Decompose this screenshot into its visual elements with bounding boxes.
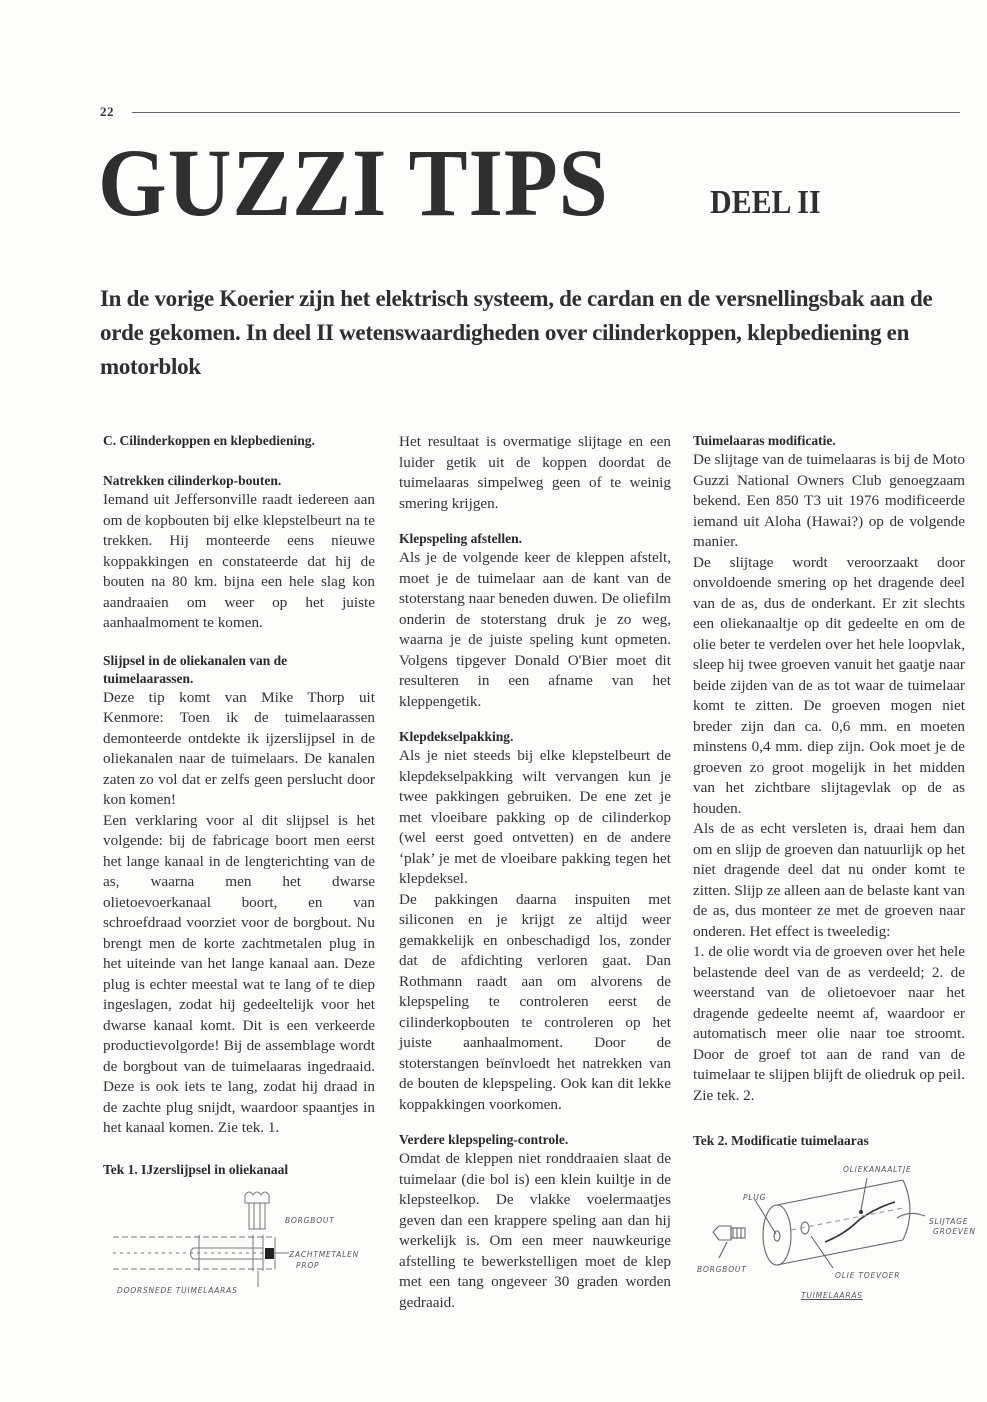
paragraph: Deze tip komt van Mike Thorp uit Kenmore… [103, 688, 375, 811]
subheading-natrekken: Natrekken cilinderkop-bouten. [103, 472, 375, 490]
subheading-klepdekselpakking: Klepdekselpakking. [399, 728, 671, 746]
paragraph: Een verklaring voor al dit slijpsel is h… [103, 811, 375, 1139]
label-oliekanaaltje: OLIEKANAALTJE [843, 1160, 912, 1181]
paragraph: Iemand uit Jeffersonville raadt iedereen… [103, 490, 375, 634]
page-header: 22 [100, 104, 960, 118]
paragraph: De pakkingen daarna inspuiten met silico… [399, 890, 671, 1116]
label-groeven: GROEVEN [933, 1222, 976, 1243]
paragraph: Als je de volgende keer de kleppen afste… [399, 548, 671, 712]
column-3: Tuimelaaras modificatie. De slijtage van… [693, 432, 965, 1300]
article-title: GUZZI TIPS [98, 138, 609, 228]
paragraph: Als je niet steeds bij elke klepstelbeur… [399, 746, 671, 890]
label-borgbout: BORGBOUT [285, 1211, 335, 1232]
column-1: C. Cilinderkoppen en klepbediening. Natr… [103, 432, 375, 1299]
subheading-tuimelaaras-modificatie: Tuimelaaras modificatie. [693, 432, 965, 450]
paragraph: De slijtage van de tuimelaaras is bij de… [693, 450, 965, 553]
figure-1-caption: Tek 1. IJzerslijpsel in oliekanaal [103, 1161, 375, 1179]
figure-1-drawing: BORGBOUT ZACHTMETALEN PROP DOORSNEDE TUI… [103, 1179, 375, 1299]
paragraph: Het resultaat is overmatige slijtage en … [399, 432, 671, 514]
column-2: Het resultaat is overmatige slijtage en … [399, 432, 671, 1313]
label-borgbout: BORGBOUT [697, 1260, 747, 1281]
title-block: GUZZI TIPS DEEL II [98, 138, 958, 228]
paragraph: De slijtage wordt veroorzaakt door onvol… [693, 553, 965, 820]
page-number: 22 [100, 104, 114, 120]
paragraph: 1. de olie wordt via de groeven over het… [693, 942, 965, 1106]
article-intro: In de vorige Koerier zijn het elektrisch… [100, 282, 962, 384]
paragraph: Omdat de kleppen niet ronddraaien slaat … [399, 1149, 671, 1313]
subheading-slijpsel: Slijpsel in de oliekanalen van de tuimel… [103, 652, 375, 688]
paragraph: Als de as echt versleten is, draai hem d… [693, 819, 965, 942]
label-prop: PROP [296, 1256, 319, 1277]
section-heading: C. Cilinderkoppen en klepbediening. [103, 432, 375, 450]
article-subtitle: DEEL II [710, 186, 821, 220]
figure-2-caption: Tek 2. Modificatie tuimelaaras [693, 1132, 965, 1150]
label-olie-toevoer: OLIE TOEVOER [835, 1266, 900, 1287]
label-doorsnede: DOORSNEDE TUIMELAARAS [117, 1281, 238, 1302]
figure-2-drawing: OLIEKANAALTJE PLUG SLIJTAGE GROEVEN BORG… [693, 1150, 973, 1300]
header-rule [132, 112, 960, 113]
label-tuimelaaras: TUIMELAARAS [801, 1286, 863, 1307]
label-plug: PLUG [743, 1188, 766, 1209]
subheading-verdere-controle: Verdere klepspeling-controle. [399, 1131, 671, 1149]
subheading-klepspeling-afstellen: Klepspeling afstellen. [399, 530, 671, 548]
